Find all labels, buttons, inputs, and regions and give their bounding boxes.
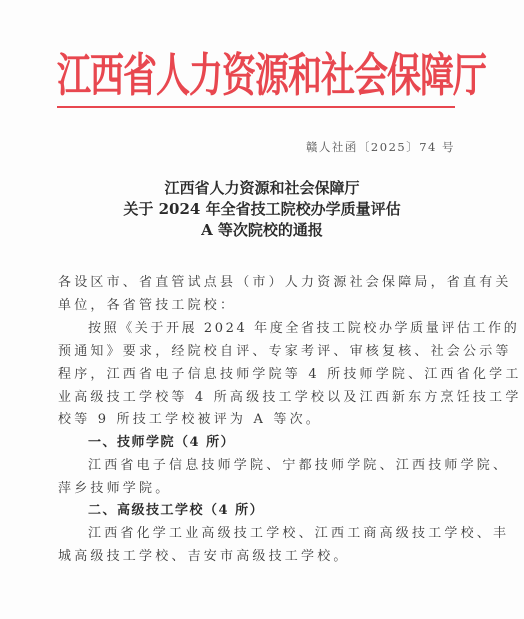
document-number: 赣人社函〔2025〕74 号 — [306, 139, 455, 155]
section-line: 江西省电子信息技师学院、宁都技师学院、江西技师学院、 — [88, 458, 509, 474]
section-heading-senior-technical-schools: 二、高级技工学校（4 所） — [88, 503, 264, 519]
intro-line: 业高级技工学校等 4 所高级技工学校以及江西新东方烹饪技工学 — [58, 390, 522, 406]
title-line-2: 关于 2024 年全省技工院校办学质量评估 — [0, 199, 524, 220]
recipients-line: 各设区市、省直管试点县（市）人力资源社会保障局，省直有关 — [58, 275, 512, 291]
section-line: 江西省化学工业高级技工学校、江西工商高级技工学校、丰 — [88, 526, 509, 542]
title-line-3: A 等次院校的通报 — [0, 220, 524, 241]
section-line: 城高级技工学校、吉安市高级技工学校。 — [58, 549, 350, 565]
section-heading-technician-colleges: 一、技师学院（4 所） — [88, 435, 235, 451]
letterhead-divider — [57, 106, 455, 108]
section-line: 萍乡技师学院。 — [58, 481, 171, 497]
document-page: 江西省人力资源和社会保障厅 赣人社函〔2025〕74 号 江西省人力资源和社会保… — [0, 0, 524, 619]
intro-line: 校等 9 所技工学校被评为 A 等次。 — [58, 412, 322, 428]
intro-line: 程序，江西省电子信息技师学院等 4 所技师学院、江西省化学工 — [58, 367, 522, 383]
intro-line: 预通知》要求，经院校自评、专家考评、审核复核、社会公示等 — [58, 344, 512, 360]
intro-line: 按照《关于开展 2024 年度全省技工院校办学质量评估工作的 — [88, 321, 519, 337]
recipients-line: 单位，各省管技工院校： — [58, 298, 236, 314]
letterhead-org-name: 江西省人力资源和社会保障厅 — [57, 38, 457, 114]
title-line-1: 江西省人力资源和社会保障厅 — [0, 178, 524, 199]
document-title: 江西省人力资源和社会保障厅 关于 2024 年全省技工院校办学质量评估 A 等次… — [0, 178, 524, 241]
